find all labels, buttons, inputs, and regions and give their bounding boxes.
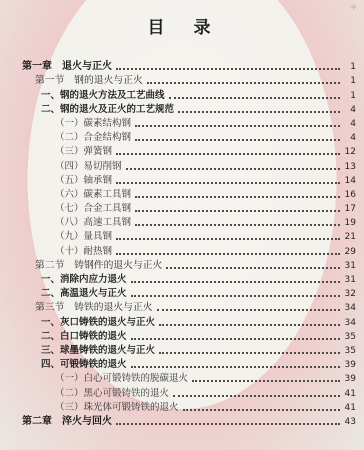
- toc-page-number: 41: [343, 402, 356, 414]
- dot-leader: [135, 224, 340, 226]
- dot-leader: [135, 125, 340, 127]
- toc-page-number: 29: [343, 246, 356, 258]
- toc-page-number: 13: [343, 161, 356, 173]
- toc-entry: 二、高温退火与正火 32: [41, 286, 356, 300]
- dot-leader: [159, 352, 340, 354]
- toc-entry-title: （三）珠光体可锻铸铁的退火: [55, 402, 179, 414]
- toc-entry: （五）轴承钢 14: [55, 173, 356, 187]
- toc-entry: 一、钢的退火方法及工艺曲线 1: [41, 87, 356, 101]
- toc-page-number: 17: [343, 203, 356, 215]
- toc-entry-title: （五）轴承钢: [55, 175, 112, 187]
- toc-entry: 第一章 退火与正火 1: [22, 59, 356, 73]
- toc-entry-title: （三）弹簧钢: [55, 146, 112, 158]
- registration-mark-icon: +: [350, 2, 358, 13]
- toc-entry-title: 二、白口铸铁的退火: [41, 331, 127, 343]
- toc-page-number: 32: [343, 288, 356, 300]
- toc-page-number: 31: [343, 274, 356, 286]
- toc-entry: （十）耐热钢 29: [55, 243, 356, 257]
- toc-entry-title: （七）合金工具钢: [55, 203, 131, 215]
- toc-entry: 第二节 铸钢件的退火与正火 31: [35, 258, 356, 272]
- toc-entry: （二）黑心可锻铸铁的退火 41: [55, 385, 356, 399]
- toc-entry-title: （一）白心可锻铸铁的脱碳退火: [55, 373, 188, 385]
- dot-leader: [116, 153, 340, 155]
- toc-page-number: 39: [343, 359, 356, 371]
- toc-page-number: 4: [343, 104, 356, 116]
- dot-leader: [166, 267, 340, 269]
- toc-page-number: 1: [343, 90, 356, 102]
- dot-leader: [126, 168, 340, 170]
- toc-entry-title: 二、钢的退火及正火的工艺规范: [41, 104, 174, 116]
- dot-leader: [173, 395, 340, 397]
- dot-leader: [131, 366, 340, 368]
- toc-page-number: 4: [343, 132, 356, 144]
- toc-page-number: 16: [343, 189, 356, 201]
- dot-leader: [116, 423, 340, 425]
- dot-leader: [178, 111, 340, 113]
- toc-entry-title: （二）合金结构钢: [55, 132, 131, 144]
- toc-page-number: 34: [343, 317, 356, 329]
- toc-entry-title: （六）碳素工具钢: [55, 189, 131, 201]
- dot-leader: [116, 182, 340, 184]
- toc-entry-title: 第二章 淬火与回火: [22, 416, 112, 428]
- toc-entry: （九）量具钢 21: [55, 229, 356, 243]
- toc-entry: （一）白心可锻铸铁的脱碳退火 39: [55, 371, 356, 385]
- toc-entry-title: （四）易切削钢: [55, 161, 122, 173]
- dot-leader: [135, 210, 340, 212]
- toc-entry: （七）合金工具钢 17: [55, 201, 356, 215]
- toc-entry-title: 三、球墨铸铁的退火与正火: [41, 345, 155, 357]
- toc-entry-title: （二）黑心可锻铸铁的退火: [55, 388, 169, 400]
- dot-leader: [116, 68, 340, 70]
- toc-page-number: 19: [343, 217, 356, 229]
- toc-entry: 二、白口铸铁的退火 35: [41, 329, 356, 343]
- toc-page-number: 35: [343, 331, 356, 343]
- toc-entry: 四、可锻铸铁的退火 39: [41, 357, 356, 371]
- table-of-contents: 第一章 退火与正火 1 第一节 钢的退火与正火 1 一、钢的退火方法及工艺曲线 …: [0, 59, 364, 428]
- toc-entry-title: 四、可锻铸铁的退火: [41, 359, 127, 371]
- dot-leader: [131, 281, 340, 283]
- toc-entry: 二、钢的退火及正火的工艺规范 4: [41, 102, 356, 116]
- dot-leader: [131, 338, 340, 340]
- dot-leader: [192, 380, 340, 382]
- toc-entry-title: （一）碳素结构钢: [55, 118, 131, 130]
- toc-entry: （一）碳素结构钢 4: [55, 116, 356, 130]
- toc-entry-title: 第一节 钢的退火与正火: [35, 75, 143, 87]
- toc-entry: 一、灰口铸铁的退火与正火 34: [41, 314, 356, 328]
- dot-leader: [116, 253, 340, 255]
- toc-entry: （八）高速工具钢 19: [55, 215, 356, 229]
- toc-entry: （三）珠光体可锻铸铁的退火 41: [55, 400, 356, 414]
- dot-leader: [135, 196, 340, 198]
- toc-entry-title: （九）量具钢: [55, 231, 112, 243]
- dot-leader: [147, 82, 340, 84]
- toc-page-number: 1: [343, 61, 356, 73]
- toc-entry: 三、球墨铸铁的退火与正火 35: [41, 343, 356, 357]
- toc-entry-title: 第二节 铸钢件的退火与正火: [35, 260, 162, 272]
- dot-leader: [159, 324, 340, 326]
- toc-page-number: 21: [343, 231, 356, 243]
- toc-page-number: 34: [343, 302, 356, 314]
- page-title: 目 录: [0, 0, 364, 38]
- toc-entry: 第一节 钢的退火与正火 1: [35, 73, 356, 87]
- toc-entry-title: 第一章 退火与正火: [22, 61, 112, 73]
- toc-entry-title: 二、高温退火与正火: [41, 288, 127, 300]
- toc-entry-title: 一、钢的退火方法及工艺曲线: [41, 90, 165, 102]
- toc-entry-title: （十）耐热钢: [55, 246, 112, 258]
- toc-entry-title: 一、消除内应力退火: [41, 274, 127, 286]
- dot-leader: [169, 97, 340, 99]
- toc-page-number: 12: [343, 146, 356, 158]
- toc-page-number: 1: [343, 75, 356, 87]
- dot-leader: [183, 409, 340, 411]
- toc-entry: （三）弹簧钢 12: [55, 144, 356, 158]
- toc-entry: （二）合金结构钢 4: [55, 130, 356, 144]
- toc-entry-title: 第三节 铸铁的退火与正火: [35, 302, 153, 314]
- dot-leader: [157, 309, 340, 311]
- dot-leader: [116, 238, 340, 240]
- toc-page-number: 14: [343, 175, 356, 187]
- dot-leader: [135, 139, 340, 141]
- dot-leader: [131, 295, 340, 297]
- toc-page-number: 35: [343, 345, 356, 357]
- toc-entry-title: （八）高速工具钢: [55, 217, 131, 229]
- toc-entry: 第二章 淬火与回火 43: [22, 414, 356, 428]
- scanned-toc-page: + 目 录 第一章 退火与正火 1 第一节 钢的退火与正火 1 一、钢的退火方法…: [0, 0, 364, 450]
- toc-entry: （四）易切削钢 13: [55, 158, 356, 172]
- toc-entry: 第三节 铸铁的退火与正火 34: [35, 300, 356, 314]
- toc-entry: （六）碳素工具钢 16: [55, 187, 356, 201]
- toc-page-number: 41: [343, 388, 356, 400]
- toc-entry-title: 一、灰口铸铁的退火与正火: [41, 317, 155, 329]
- toc-page-number: 4: [343, 118, 356, 130]
- toc-page-number: 43: [343, 416, 356, 428]
- toc-page-number: 39: [343, 373, 356, 385]
- toc-entry: 一、消除内应力退火 31: [41, 272, 356, 286]
- toc-page-number: 31: [343, 260, 356, 272]
